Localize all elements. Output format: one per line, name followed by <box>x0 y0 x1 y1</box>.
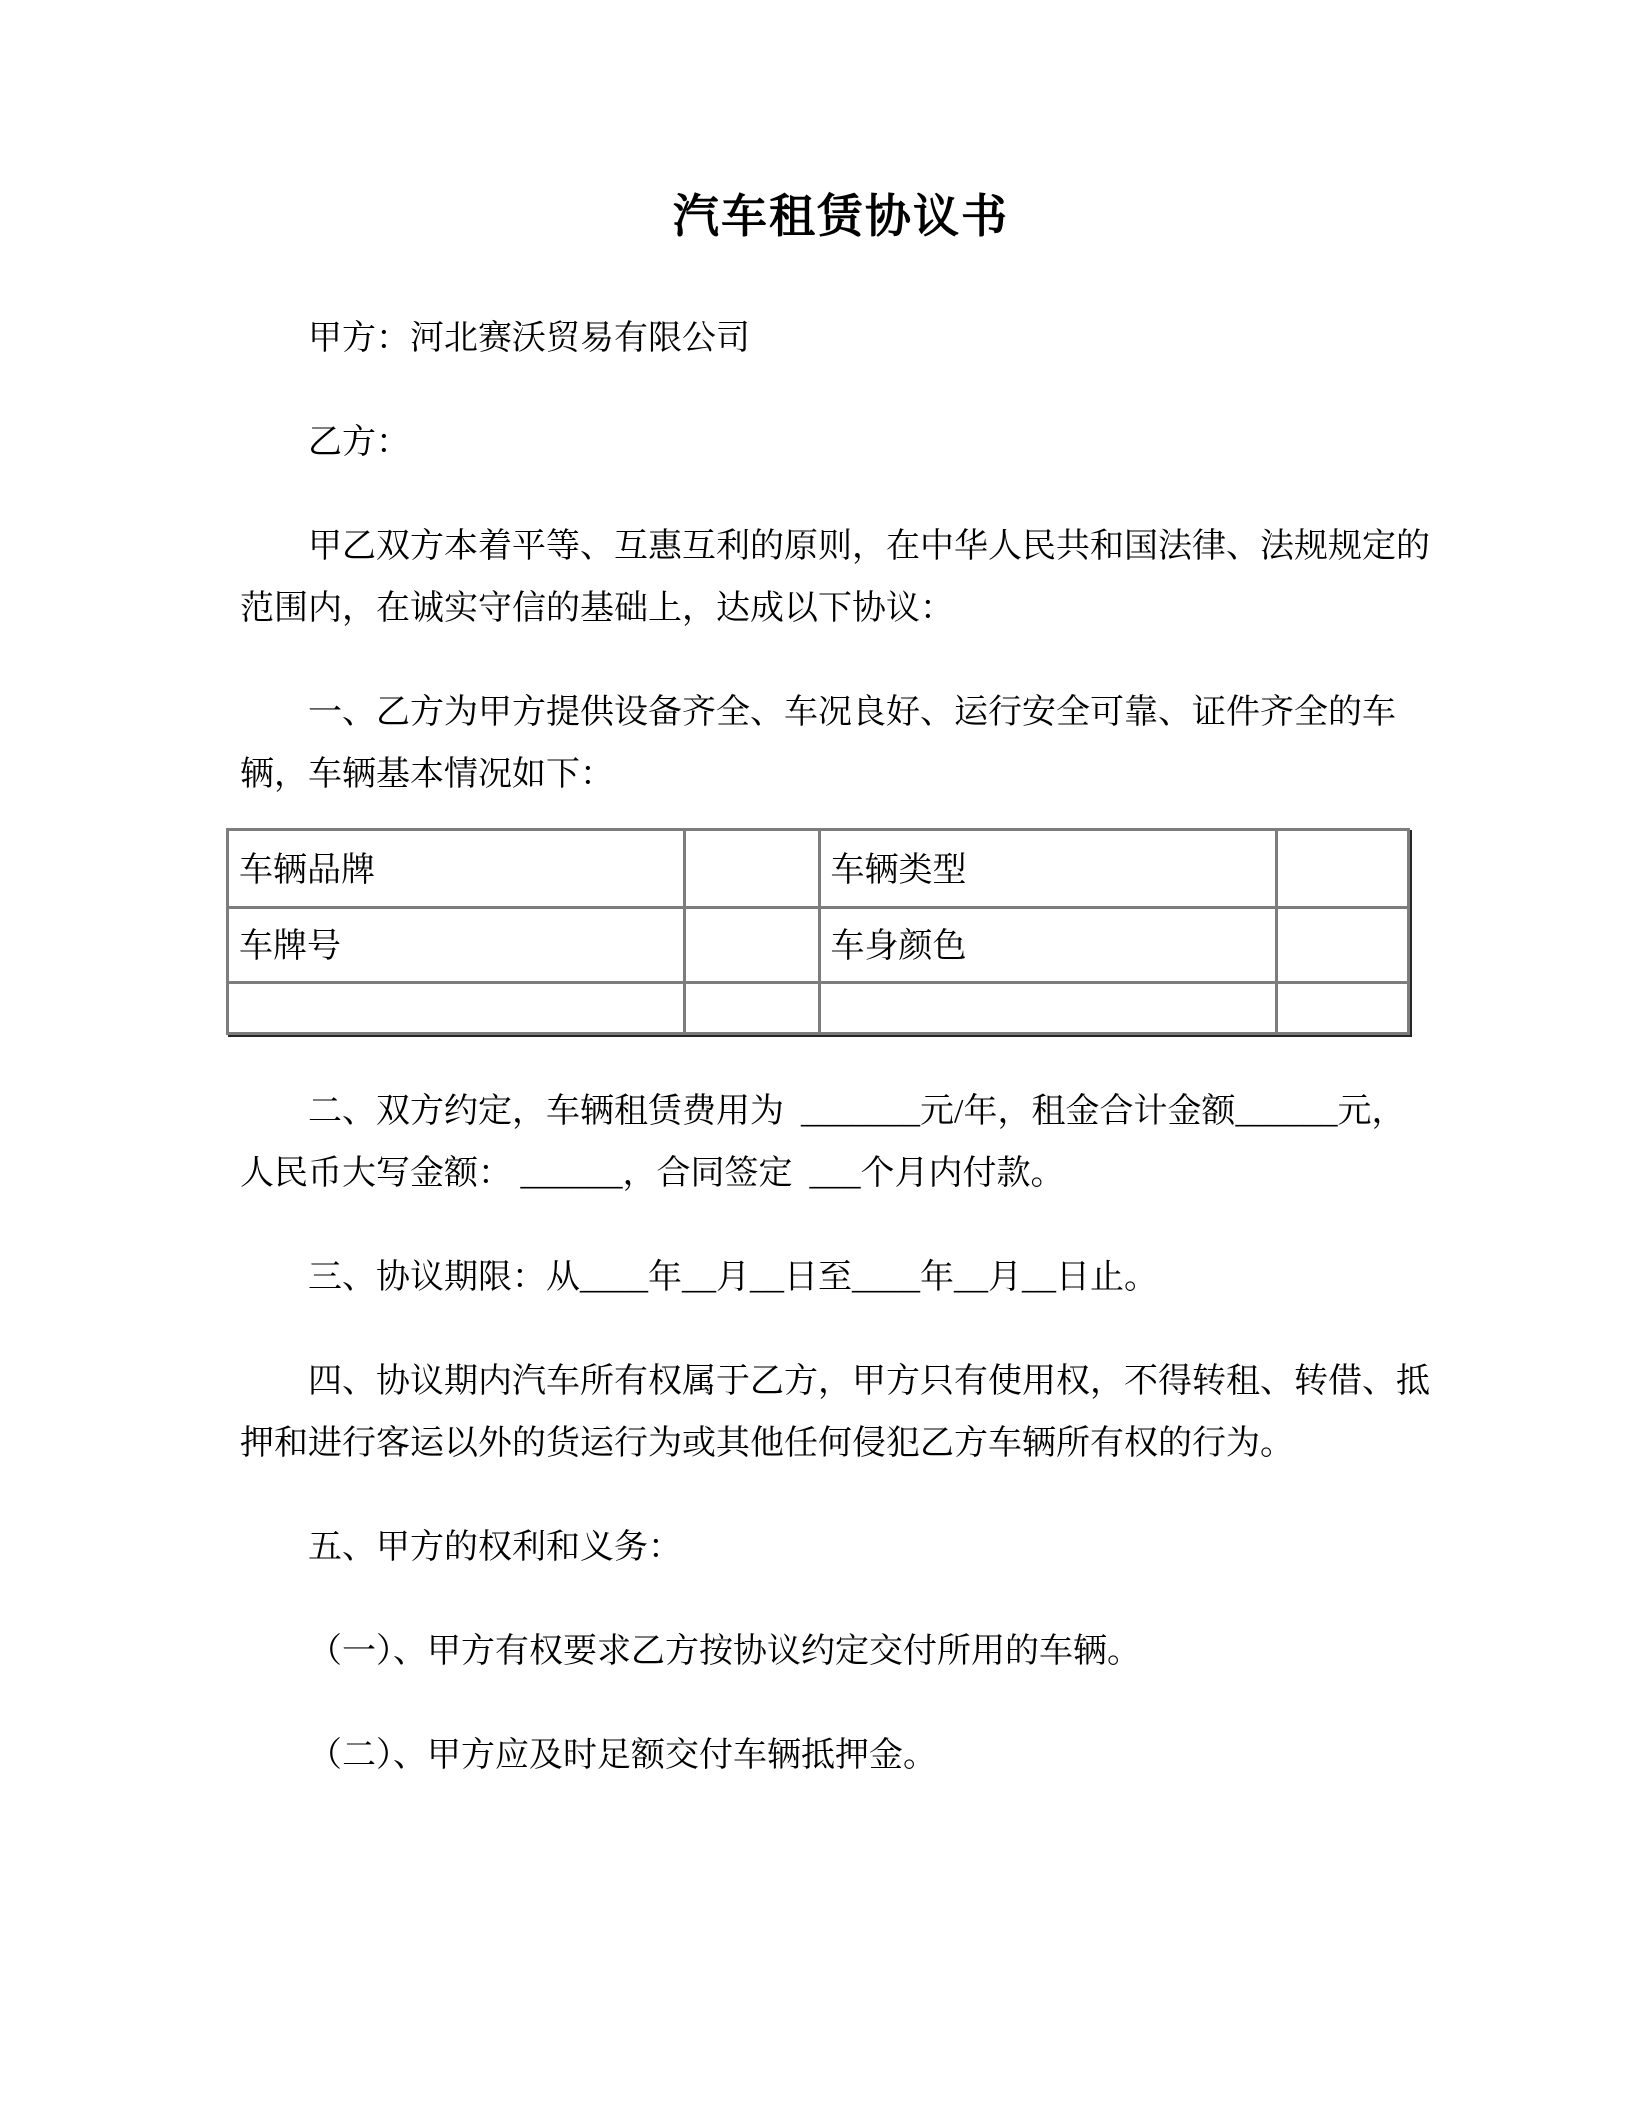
cell-vehicle-type-label: 车辆类型 <box>819 830 1276 908</box>
cell-empty <box>685 983 819 1034</box>
party-b-line: 乙方： <box>240 412 1442 474</box>
document-title: 汽车租赁协议书 <box>240 182 1442 252</box>
cell-body-color-value <box>1276 908 1408 983</box>
cell-body-color-label: 车身颜色 <box>819 908 1276 983</box>
vehicle-info-table: 车辆品牌 车辆类型 车牌号 车身颜色 <box>226 828 1410 1035</box>
clause-3-paragraph: 三、协议期限：从____年__月__日至____年__月__日止。 <box>240 1247 1442 1309</box>
cell-plate-number-value <box>685 908 819 983</box>
cell-plate-number-label: 车牌号 <box>228 908 685 983</box>
cell-empty <box>819 983 1276 1034</box>
table-row: 车辆品牌 车辆类型 <box>228 830 1409 908</box>
preamble-paragraph: 甲乙双方本着平等、互惠互利的原则，在中华人民共和国法律、法规规定的 范围内，在诚… <box>240 516 1442 640</box>
party-a-line: 甲方：河北赛沃贸易有限公司 <box>240 308 1442 370</box>
clause-2-paragraph: 二、双方约定，车辆租赁费用为 _______元/年，租金合计金额______元，… <box>240 1081 1442 1205</box>
clause-5-1-paragraph: （一）、甲方有权要求乙方按协议约定交付所用的车辆。 <box>240 1621 1442 1683</box>
table-row: 车牌号 车身颜色 <box>228 908 1409 983</box>
clause-1-paragraph: 一、乙方为甲方提供设备齐全、车况良好、运行安全可靠、证件齐全的车 辆，车辆基本情… <box>240 682 1442 806</box>
clause-5-paragraph: 五、甲方的权利和义务： <box>240 1517 1442 1579</box>
table-row <box>228 983 1409 1034</box>
clause-4-paragraph: 四、协议期内汽车所有权属于乙方，甲方只有使用权，不得转租、转借、抵 押和进行客运… <box>240 1351 1442 1475</box>
cell-vehicle-brand-value <box>685 830 819 908</box>
cell-vehicle-type-value <box>1276 830 1408 908</box>
document-page: 汽车租赁协议书 甲方：河北赛沃贸易有限公司 乙方： 甲乙双方本着平等、互惠互利的… <box>0 0 1632 2112</box>
clause-5-2-paragraph: （二）、甲方应及时足额交付车辆抵押金。 <box>240 1725 1442 1787</box>
cell-empty <box>1276 983 1408 1034</box>
cell-vehicle-brand-label: 车辆品牌 <box>228 830 685 908</box>
cell-empty <box>228 983 685 1034</box>
